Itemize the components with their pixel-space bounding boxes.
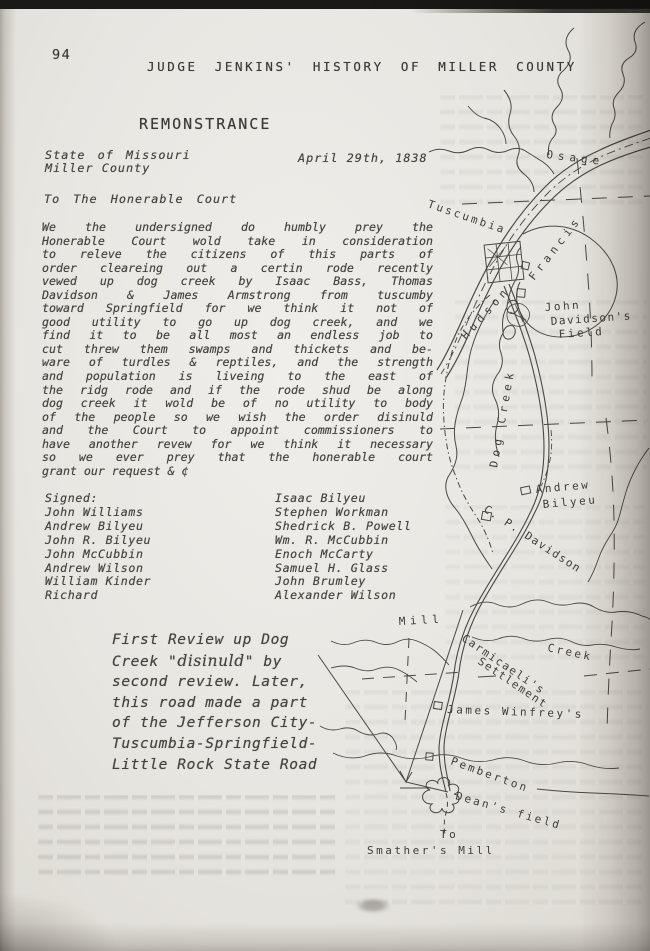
- letter-body-line: and population is liveing to the east of: [42, 370, 433, 384]
- letter-body-line: We the undersigned do humbly prey the: [42, 221, 433, 235]
- note-line: First Review up Dog: [112, 630, 414, 651]
- letter-body-line: toward Springfield for we think it not o…: [42, 302, 433, 316]
- document-title: REMONSTRANCE: [139, 115, 271, 133]
- letter-body-line: the ridg rode and if the rode shud be al…: [42, 384, 433, 398]
- letter-body-line: to releve the citizens of this parts of: [42, 248, 433, 262]
- township-line: [462, 196, 650, 204]
- deans-field-trees: [423, 777, 460, 812]
- editor-note: First Review up Dog Creek "disinuld" by …: [112, 630, 414, 775]
- map-label-john-davidsons-field: Field: [558, 325, 604, 341]
- signature-row: Andrew Wilson Samuel H. Glass: [45, 562, 605, 576]
- note-line: this road made a part: [112, 693, 414, 714]
- note-line: of the Jefferson City-: [112, 713, 414, 734]
- place-line: State of Missouri: [45, 148, 191, 162]
- note-line: Little Rock State Road: [112, 755, 414, 776]
- letter-body-line: grant our request & ¢: [42, 465, 433, 479]
- scanned-book-page: Osage Tuscumbia Hudson Francis John Davi…: [0, 0, 650, 951]
- creek-line: [504, 90, 534, 192]
- creek-line: [537, 789, 649, 796]
- map-label-to-smathers-mill: Smather's Mill: [367, 844, 495, 857]
- signature-row: John R. Bilyeu Wm. R. McCubbin: [45, 534, 605, 548]
- letter-body-line: good utility to go up dog creek, and we: [42, 316, 433, 330]
- creek-line: [610, 22, 645, 138]
- map-label-mill-creek: Mill: [398, 613, 443, 628]
- signature-left: William Kinder: [45, 575, 275, 589]
- map-label-john-davidsons-field: John: [544, 298, 581, 314]
- letter-body-line: have another revew for we think it neces…: [42, 438, 433, 452]
- letter-body-line: of the people so we wish the order disin…: [42, 411, 433, 425]
- map-label-osage-river: Osage: [546, 148, 605, 168]
- letter-body-line: ware of turdles & reptiles, and the stre…: [42, 356, 433, 370]
- signature-right: Samuel H. Glass: [275, 562, 605, 576]
- signature-row: Andrew Bilyeu Shedrick B. Powell: [45, 520, 605, 534]
- signature-right: Enoch McCarty: [275, 548, 605, 562]
- signature-left: John R. Bilyeu: [45, 534, 275, 548]
- page-number: 94: [52, 47, 71, 63]
- signature-left: Andrew Wilson: [45, 562, 275, 576]
- note-line: second review. Later,: [112, 672, 414, 693]
- letter-body-line: vewed up dog creek by Isaac Bass, Thomas: [42, 275, 433, 289]
- creek-line: [468, 106, 506, 144]
- township-line: [584, 669, 650, 676]
- township-line: [577, 158, 592, 382]
- signature-right: Isaac Bilyeu: [275, 492, 605, 506]
- letter-body-line: cut threw them swamps and thickets and b…: [42, 343, 433, 357]
- letter-body-line: and the Court to appoint commissioners t…: [42, 424, 433, 438]
- map-label-deans-field: Dean's field: [454, 789, 563, 832]
- signature-row: John Williams Stephen Workman: [45, 506, 605, 520]
- map-label-to-smathers-mill: To: [440, 828, 458, 841]
- signature-left: John Williams: [45, 506, 275, 520]
- note-line: Creek "disinuld" by: [112, 651, 414, 673]
- signature-right: John Brumley: [275, 575, 605, 589]
- signature-left: John McCubbin: [45, 548, 275, 562]
- creek-line: [548, 28, 574, 155]
- signature-right: Wm. R. McCubbin: [275, 534, 605, 548]
- map-label-james-winfreys: James Winfrey's: [447, 703, 584, 721]
- letter-body-line: Davidson & James Armstrong from tuscumby: [42, 289, 433, 303]
- signature-right: Shedrick B. Powell: [275, 520, 605, 534]
- scan-top-bar: [410, 8, 650, 13]
- signature-right: Alexander Wilson: [275, 589, 605, 603]
- signature-list: Signed: Isaac Bilyeu John Williams Steph…: [45, 492, 605, 603]
- township-line: [440, 420, 648, 429]
- signature-left: Signed:: [45, 492, 275, 506]
- map-label-carmicaelis-settlement: Carmicaeli's: [459, 632, 547, 697]
- creek-line: [429, 148, 554, 175]
- ink-smudge: [356, 898, 390, 913]
- signature-left: Richard: [45, 589, 275, 603]
- letter-body-line: so we ever prey that the honerable court: [42, 451, 433, 465]
- letter-body-line: find it to be all most an endless job to: [42, 329, 433, 343]
- signature-row: Richard Alexander Wilson: [45, 589, 605, 603]
- signature-row: Signed: Isaac Bilyeu: [45, 492, 605, 506]
- signature-row: John McCubbin Enoch McCarty: [45, 548, 605, 562]
- map-label-dog-creek: Dog Creek: [487, 368, 517, 469]
- date-line: April 29th, 1838: [298, 151, 428, 165]
- letter-body-line: Honerable Court wold take in considerati…: [42, 235, 433, 249]
- signature-row: William Kinder John Brumley: [45, 575, 605, 589]
- signature-left: Andrew Bilyeu: [45, 520, 275, 534]
- letter-body-line: dog creek it wold be of no utility to bo…: [42, 397, 433, 411]
- place-line: Miller County: [45, 161, 150, 175]
- letter-body: We the undersigned do humbly prey theHon…: [42, 221, 433, 478]
- salutation: To The Honerable Court: [44, 192, 237, 206]
- map-label-francis: Francis: [526, 213, 584, 282]
- map-label-mill-creek: Creek: [546, 641, 593, 663]
- signature-right: Stephen Workman: [275, 506, 605, 520]
- note-line: Tuscumbia-Springfield-: [112, 734, 414, 755]
- house-symbol: [517, 289, 526, 298]
- letter-body-line: order cleareing out a certin rode recent…: [42, 262, 433, 276]
- township-line: [606, 418, 614, 732]
- book-header: JUDGE JENKINS' HISTORY OF MILLER COUNTY: [147, 59, 577, 74]
- cursive-word: disinuld: [177, 652, 244, 670]
- house-symbol: [433, 701, 442, 709]
